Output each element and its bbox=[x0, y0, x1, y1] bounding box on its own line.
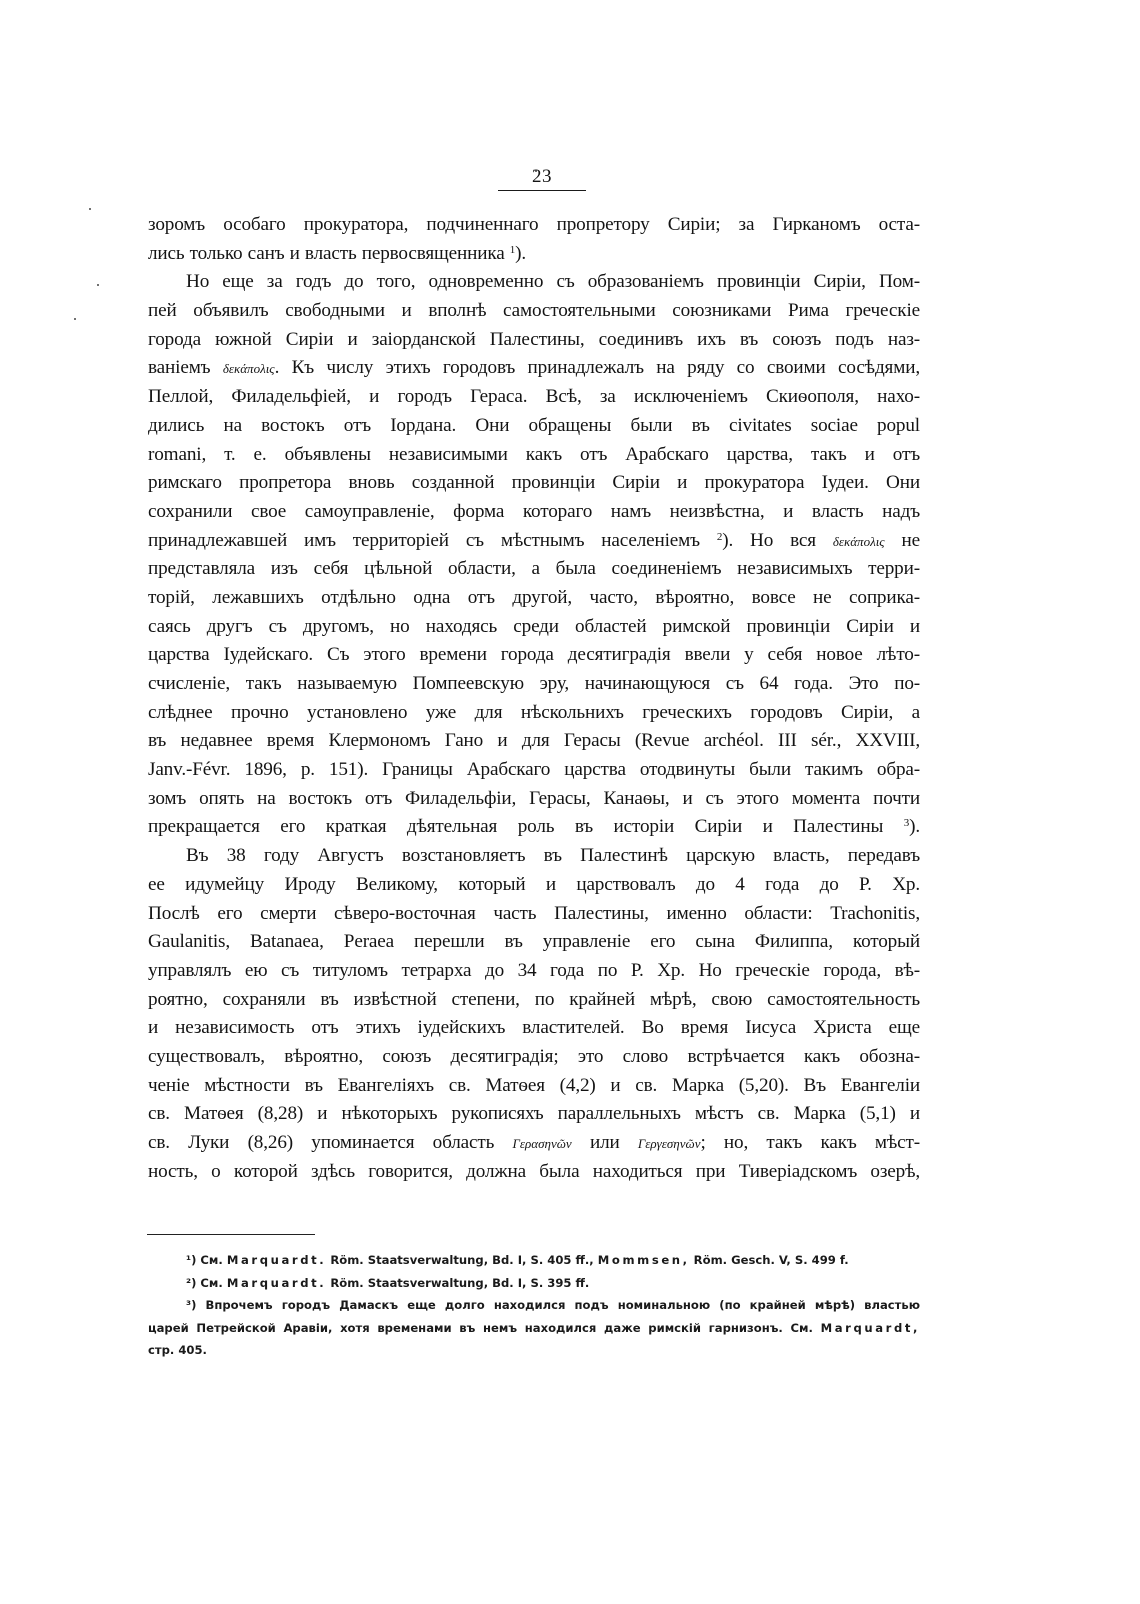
text-line: сохранили свое самоуправленіе, форма кот… bbox=[148, 498, 920, 527]
footnote-1: ¹) См. Marquardt. Röm. Staatsverwaltung,… bbox=[148, 1249, 920, 1272]
scan-speck bbox=[97, 284, 99, 286]
text-line: римскаго пропретора вновь созданной пров… bbox=[148, 469, 920, 498]
text-line: romani, т. е. объявлены независимыми как… bbox=[148, 441, 920, 470]
author-name: Marquardt. bbox=[227, 1253, 326, 1267]
text-segment: ). Но вся bbox=[722, 530, 833, 551]
author-name: Mommsen, bbox=[598, 1253, 690, 1267]
text-segment: ). bbox=[515, 243, 526, 264]
text-line: св. Луки (8,26) упоминается область Γερα… bbox=[148, 1129, 920, 1158]
greek-term: δεκάπολις bbox=[223, 361, 275, 376]
footnote-text: См. bbox=[196, 1276, 226, 1290]
text-segment: прекращается его краткая дѣятельная роль… bbox=[148, 816, 904, 837]
text-segment: . Къ числу этихъ городовъ принадлежалъ н… bbox=[275, 357, 920, 378]
text-line: лись только санъ и власть первосвященник… bbox=[148, 240, 920, 269]
text-line: св. Матѳея (8,28) и нѣкоторыхъ рукописях… bbox=[148, 1100, 920, 1129]
text-segment: ваніемъ bbox=[148, 357, 223, 378]
footnote-text: Впрочемъ городъ Дамаскъ еще долго находи… bbox=[196, 1298, 920, 1312]
text-line: въ недавнее время Клермономъ Гано и для … bbox=[148, 727, 920, 756]
text-segment: ; но, такъ какъ мѣст- bbox=[700, 1132, 920, 1153]
text-line: ность, о которой здѣсь говорится, должна… bbox=[148, 1158, 920, 1187]
text-line: управлялъ ею съ титуломъ тетрарха до 34 … bbox=[148, 957, 920, 986]
text-line: торій, лежавшихъ отдѣльно одна отъ друго… bbox=[148, 584, 920, 613]
text-line: Въ 38 году Августъ возстановляетъ въ Пал… bbox=[148, 842, 920, 871]
footnote-text: Röm. Gesch. V, S. 499 f. bbox=[690, 1253, 849, 1267]
text-line: Пеллой, Филадельфіей, и городъ Гераса. В… bbox=[148, 383, 920, 412]
text-line: и независимость отъ этихъ іудейскихъ вла… bbox=[148, 1014, 920, 1043]
text-line: Послѣ его смерти сѣверо-восточная часть … bbox=[148, 900, 920, 929]
text-line: пей объявилъ свободными и вполнѣ самосто… bbox=[148, 297, 920, 326]
text-line: слѣднее прочно установлено уже для нѣско… bbox=[148, 699, 920, 728]
text-line: счисленіе, такъ называемую Помпеевскую э… bbox=[148, 670, 920, 699]
text-segment: не bbox=[885, 530, 920, 551]
greek-term: Γεργεσηνῶν bbox=[638, 1136, 701, 1151]
scan-speck bbox=[89, 208, 91, 210]
text-line: саясь другъ съ другомъ, но находясь сред… bbox=[148, 613, 920, 642]
text-line: прекращается его краткая дѣятельная роль… bbox=[148, 813, 920, 842]
text-segment: св. Луки (8,26) упоминается область bbox=[148, 1132, 513, 1153]
footnote-3: ³) Впрочемъ городъ Дамаскъ еще долго нах… bbox=[148, 1294, 920, 1317]
text-line: существовалъ, вѣроятно, союзъ десятиград… bbox=[148, 1043, 920, 1072]
text-line: представляла изъ себя цѣльной области, а… bbox=[148, 555, 920, 584]
text-line: роятно, сохраняли въ извѣстной степени, … bbox=[148, 986, 920, 1015]
footnote-marker: ¹) bbox=[186, 1253, 196, 1267]
footnote-3-cont: царей Петрейской Аравіи, хотя временами … bbox=[148, 1317, 920, 1340]
page-header: 23 bbox=[498, 166, 586, 191]
text-line: дились на востокъ отъ Іордана. Они обращ… bbox=[148, 412, 920, 441]
text-line: Gaulanitis, Batanaea, Peraea перешли въ … bbox=[148, 928, 920, 957]
text-line: ченіе мѣстности въ Евангеліяхъ св. Матѳе… bbox=[148, 1072, 920, 1101]
text-line: принадлежавшей имъ территоріей съ мѣстны… bbox=[148, 527, 920, 556]
greek-term: δεκάπολις bbox=[833, 534, 885, 549]
text-line: ее идумейцу Ироду Великому, который и ца… bbox=[148, 871, 920, 900]
author-name: Marquardt. bbox=[227, 1276, 326, 1290]
text-segment: принадлежавшей имъ территоріей съ мѣстны… bbox=[148, 530, 717, 551]
footnote-2: ²) См. Marquardt. Röm. Staatsverwaltung,… bbox=[148, 1272, 920, 1295]
footnotes: ¹) См. Marquardt. Röm. Staatsverwaltung,… bbox=[148, 1249, 920, 1362]
author-name: Marquardt, bbox=[821, 1321, 920, 1335]
footnote-text: Röm. Staatsverwaltung, Bd. I, S. 405 ff.… bbox=[326, 1253, 597, 1267]
text-line: зоромъ особаго прокуратора, подчиненнаго… bbox=[148, 211, 920, 240]
footnote-text: Röm. Staatsverwaltung, Bd. I, S. 395 ff. bbox=[326, 1276, 589, 1290]
page-number: 23 bbox=[498, 166, 586, 188]
text-segment: лись только санъ и власть первосвященник… bbox=[148, 243, 510, 264]
footnote-separator bbox=[147, 1234, 315, 1235]
text-line: царства Іудейскаго. Съ этого времени гор… bbox=[148, 641, 920, 670]
footnote-marker: ²) bbox=[186, 1276, 196, 1290]
footnote-text: См. bbox=[196, 1253, 226, 1267]
text-line: ваніемъ δεκάπολις. Къ числу этихъ городо… bbox=[148, 354, 920, 383]
text-line: Но еще за годъ до того, одновременно съ … bbox=[148, 268, 920, 297]
header-rule bbox=[498, 190, 586, 191]
scan-speck bbox=[74, 318, 76, 320]
footnote-marker: ³) bbox=[186, 1298, 196, 1312]
greek-term: Γερασηνῶν bbox=[513, 1136, 572, 1151]
text-segment: или bbox=[572, 1132, 638, 1153]
footnote-3-end: стр. 405. bbox=[148, 1339, 920, 1362]
text-segment: ). bbox=[909, 816, 920, 837]
text-line: Janv.-Févr. 1896, p. 151). Границы Арабс… bbox=[148, 756, 920, 785]
text-line: зомъ опять на востокъ отъ Филадельфіи, Г… bbox=[148, 785, 920, 814]
main-text: зоромъ особаго прокуратора, подчиненнаго… bbox=[148, 211, 920, 1186]
footnote-text: царей Петрейской Аравіи, хотя временами … bbox=[148, 1321, 821, 1335]
text-line: города южной Сиріи и заіорданской Палест… bbox=[148, 326, 920, 355]
document-page: 23 зоромъ особаго прокуратора, подчиненн… bbox=[0, 0, 1140, 1604]
